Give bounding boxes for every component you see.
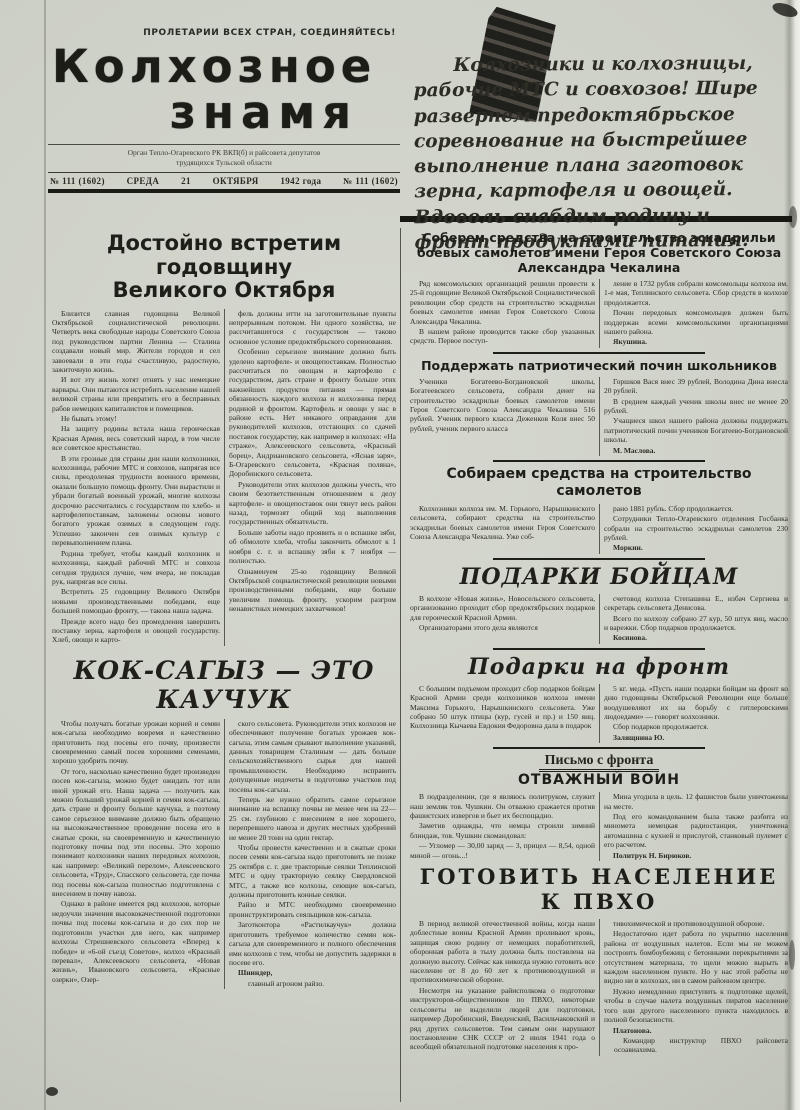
article-separator bbox=[493, 352, 705, 354]
pvho-col-1: В период великой отечественной войны, ко… bbox=[406, 919, 599, 1056]
signature: Политрук Н. Бирюков. bbox=[604, 851, 788, 860]
paragraph: Близится славная годовщина Великой Октяб… bbox=[52, 309, 220, 375]
article-letter-from-front: Письмо с фронта ОТВАЖНЫЙ ВОИН В подразде… bbox=[406, 753, 792, 861]
paragraph: Родина требует, чтобы каждый колхозник и… bbox=[52, 549, 220, 587]
paragraph: Недостаточно идет работа по укрытию насе… bbox=[604, 929, 788, 985]
paragraph: На защиту родины встала наша героическая… bbox=[52, 424, 220, 452]
podarki-front-columns: С большим подъемом проходит сбор подарко… bbox=[406, 684, 792, 743]
article-podarki-front: Подарки на фронт С большим подъемом прох… bbox=[406, 654, 792, 749]
signature: Косинова. bbox=[604, 633, 788, 642]
paragraph: Мина угодила в цель. 12 фашистов были ун… bbox=[604, 792, 788, 811]
proletarian-slogan: ПРОЛЕТАРИИ ВСЕХ СТРАН, СОЕДИНЯЙТЕСЬ! bbox=[48, 28, 400, 38]
paragraph: Почин передовых комсомольцев должен быть… bbox=[604, 308, 788, 336]
signature: М. Маслова. bbox=[604, 446, 788, 455]
paragraph: Колхозники колхоза им. М. Горького, Нары… bbox=[410, 504, 595, 542]
eskadrilya-col-2: ление в 1732 рубля собрали комсомольцы к… bbox=[599, 279, 792, 348]
front-page-appeal: Колхозники и колхозницы, рабочие МТС и с… bbox=[400, 26, 792, 222]
paragraph: тивохимической и противовоздушной оборон… bbox=[604, 919, 788, 928]
paragraph: Теперь же нужно обратить самое серьезное… bbox=[229, 795, 396, 842]
paragraph: Сбор подарков продолжается. bbox=[604, 722, 788, 731]
article-school: Поддержать патриотический почин школьник… bbox=[406, 358, 792, 462]
month: ОКТЯБРЯ bbox=[213, 176, 259, 186]
paragraph: Под его командованием была также разбита… bbox=[604, 812, 788, 850]
newspaper-page: ПРОЛЕТАРИИ ВСЕХ СТРАН, СОЕДИНЯЙТЕСЬ! Кол… bbox=[0, 0, 800, 1110]
podarki-boytsam-columns: В колхозе «Новая жизнь», Новосельского с… bbox=[406, 594, 792, 644]
paragraph: В подразделении, где я являюсь политруко… bbox=[410, 792, 595, 820]
article-eskadrilya: Соберем средства на строительство эскадр… bbox=[406, 230, 792, 354]
paragraph: Не бывать этому! bbox=[52, 414, 220, 423]
paragraph: И вот эту жизнь хотят отнять у нас немец… bbox=[52, 375, 220, 413]
signature: Моркин. bbox=[604, 543, 788, 552]
paragraph: Ученики Богатеево-Богдановской школы, Бо… bbox=[410, 377, 595, 433]
letter-kicker: Письмо с фронта bbox=[406, 753, 792, 769]
paragraph: 5 кг. меда. «Пусть наши подарки бойцам н… bbox=[604, 684, 788, 722]
pvho-columns: В период великой отечественной войны, ко… bbox=[406, 919, 792, 1056]
kok-col-1: Чтобы получать богатые урожаи корней и с… bbox=[48, 719, 224, 989]
boytsam-col-1: В колхозе «Новая жизнь», Новосельского с… bbox=[406, 594, 599, 644]
lead-headline-line1: Достойно встретим годовщину bbox=[48, 232, 400, 279]
lead-col-1: Близится славная годовщина Великой Октяб… bbox=[48, 309, 224, 646]
sobiraem-headline: Собираем средства на строительство самол… bbox=[410, 466, 788, 500]
organ-line-1: Орган Тепло-Огаревского РК ВКП(б) и райс… bbox=[48, 148, 400, 158]
eskadrilya-headline: Соберем средства на строительство эскадр… bbox=[410, 230, 788, 275]
letter-columns: В подразделении, где я являюсь политруко… bbox=[406, 792, 792, 861]
signature: Шниндер, bbox=[229, 968, 396, 977]
paragraph: Чтобы провести качественно и в сжатые ср… bbox=[229, 843, 396, 899]
newspaper-title-line2: знамя bbox=[48, 90, 400, 136]
right-section: Соберем средства на строительство эскадр… bbox=[401, 228, 792, 1102]
organ-line-2: трудящихся Тульской области bbox=[48, 158, 400, 168]
page-content: Достойно встретим годовщину Великого Окт… bbox=[48, 228, 792, 1102]
sobiraem-col-1: Колхозники колхоза им. М. Горького, Нары… bbox=[406, 504, 599, 554]
paragraph: Учащиеся школ нашего района должны подде… bbox=[604, 416, 788, 444]
podarki-front-headline: Подарки на фронт bbox=[406, 654, 792, 680]
school-col-2: Горшков Вася внес 39 рублей, Володина Ди… bbox=[599, 377, 792, 456]
paragraph: Заготконтора «Растилкаучук» должна приго… bbox=[229, 920, 396, 967]
pvho-headline: ГОТОВИТЬ НАСЕЛЕНИЕ К ПВХО bbox=[406, 864, 792, 914]
podarki-boytsam-headline: ПОДАРКИ БОЙЦАМ bbox=[406, 564, 792, 590]
article-separator bbox=[493, 460, 705, 462]
letter-col-2: Мина угодила в цель. 12 фашистов были ун… bbox=[599, 792, 792, 861]
letter-col-1: В подразделении, где я являюсь политруко… bbox=[406, 792, 599, 861]
dateline: № 111 (1602) СРЕДА 21 ОКТЯБРЯ 1942 года … bbox=[48, 172, 400, 193]
paragraph: Нужно немедленно приступить к подготовке… bbox=[604, 987, 788, 1025]
appeal-text: Колхозники и колхозницы, рабочие МТС и с… bbox=[413, 51, 782, 256]
paragraph: Ряд комсомольских организаций решили про… bbox=[410, 279, 595, 326]
paragraph: Встретить 25 годовщину Великого Октября … bbox=[52, 587, 220, 615]
article-separator bbox=[493, 558, 705, 560]
paragraph: В среднем каждый ученик школы внес не ме… bbox=[604, 397, 788, 416]
pvho-col-2: тивохимической и противовоздушной оборон… bbox=[599, 919, 792, 1056]
paragraph: В эти грозные для страны дни наши колхоз… bbox=[52, 454, 220, 548]
paragraph: Особенно серьезное внимание должно быть … bbox=[229, 347, 396, 479]
paragraph: Горшков Вася внес 39 рублей, Володина Ди… bbox=[604, 377, 788, 396]
signature-role: главный агроном райзо. bbox=[229, 979, 396, 988]
paragraph: фель должны итти на заготовительные пунк… bbox=[229, 309, 396, 347]
masthead-block: ПРОЛЕТАРИИ ВСЕХ СТРАН, СОЕДИНЯЙТЕСЬ! Кол… bbox=[48, 28, 400, 193]
sobiraem-col-2: рано 1881 рубль. Сбор продолжается. Сотр… bbox=[599, 504, 792, 554]
article-kok-sagyz: КОК-САГЫЗ — ЭТО КАУЧУК Чтобы получать бо… bbox=[48, 656, 400, 989]
signature: Платонова. bbox=[604, 1026, 788, 1035]
article-separator bbox=[493, 747, 705, 749]
paragraph: Прежде всего надо без промедления заверш… bbox=[52, 617, 220, 645]
year: 1942 года bbox=[280, 176, 321, 186]
paragraph: В нашем районе проводится также сбор ука… bbox=[410, 327, 595, 346]
school-headline: Поддержать патриотический почин школьник… bbox=[410, 358, 788, 373]
signature: Якушина. bbox=[604, 337, 788, 346]
front-col-1: С большим подъемом проходит сбор подарко… bbox=[406, 684, 599, 743]
paragraph: ского сельсовета. Руководители этих колх… bbox=[229, 719, 396, 794]
paragraph: С большим подъемом проходит сбор подарко… bbox=[410, 684, 595, 731]
lead-col-2: фель должны итти на заготовительные пунк… bbox=[224, 309, 400, 646]
article-podarki-boytsam: ПОДАРКИ БОЙЦАМ В колхозе «Новая жизнь», … bbox=[406, 564, 792, 650]
paragraph: Больше заботы надо проявить и о вспашке … bbox=[229, 528, 396, 566]
paragraph: счетовод колхоза Степашина Е., избач Сер… bbox=[604, 594, 788, 613]
paragraph: Организаторами этого дела являются bbox=[410, 623, 595, 632]
left-section: Достойно встретим годовщину Великого Окт… bbox=[48, 228, 400, 1102]
paragraph: Руководители этих колхозов должны учесть… bbox=[229, 480, 396, 527]
sobiraem-columns: Колхозники колхоза им. М. Горького, Нары… bbox=[406, 504, 792, 554]
lead-headline-line2: Великого Октября bbox=[48, 279, 400, 303]
article-lead: Достойно встретим годовщину Великого Окт… bbox=[48, 232, 400, 646]
lead-headline: Достойно встретим годовщину Великого Окт… bbox=[48, 232, 400, 303]
article-sobiraem: Собираем средства на строительство самол… bbox=[406, 466, 792, 560]
issue-number-left: № 111 (1602) bbox=[50, 176, 105, 186]
newspaper-title: Колхозное знамя bbox=[48, 44, 400, 136]
lead-columns: Близится славная годовщина Великой Октяб… bbox=[48, 309, 400, 646]
signature: Залящнина Ю. bbox=[604, 733, 788, 742]
eskadrilya-columns: Ряд комсомольских организаций решили про… bbox=[406, 279, 792, 348]
organ-line: Орган Тепло-Огаревского РК ВКП(б) и райс… bbox=[48, 144, 400, 168]
paragraph: Заметив однажды, что немцы строили зимни… bbox=[410, 821, 595, 840]
paragraph: Всего по колхозу собрано 27 кур, 50 штук… bbox=[604, 614, 788, 633]
paragraph: Райзо и МТС необходимо своевременно прои… bbox=[229, 900, 396, 919]
paragraph: Сотрудники Тепло-Огаревского отделения Г… bbox=[604, 514, 788, 542]
letter-headline: ОТВАЖНЫЙ ВОИН bbox=[406, 772, 792, 788]
paragraph: Однако в районе имеется ряд колхозов, ко… bbox=[52, 899, 220, 984]
paragraph: ление в 1732 рубля собрали комсомольцы к… bbox=[604, 279, 788, 307]
paragraph: — Угломер — 30,00 заряд — 3, прицел — 8,… bbox=[410, 841, 595, 860]
issue-number-right: № 111 (1602) bbox=[343, 176, 398, 186]
eskadrilya-col-1: Ряд комсомольских организаций решили про… bbox=[406, 279, 599, 348]
paragraph: От того, насколько качественно будет про… bbox=[52, 767, 220, 899]
paragraph: Чтобы получать богатые урожаи корней и с… bbox=[52, 719, 220, 766]
weekday: СРЕДА bbox=[127, 176, 160, 186]
day: 21 bbox=[181, 176, 191, 186]
boytsam-col-2: счетовод колхоза Степашина Е., избач Сер… bbox=[599, 594, 792, 644]
kok-sagyz-headline: КОК-САГЫЗ — ЭТО КАУЧУК bbox=[48, 656, 400, 714]
article-separator bbox=[493, 648, 705, 650]
paragraph: рано 1881 рубль. Сбор продолжается. bbox=[604, 504, 788, 513]
paragraph: В период великой отечественной войны, ко… bbox=[410, 919, 595, 985]
signature-role: Командир инструктор ПВХО райсовета осоав… bbox=[604, 1036, 788, 1055]
left-fold-line bbox=[44, 0, 46, 1110]
paragraph: Ознаменуем 25-ю годовщину Великой Октябр… bbox=[229, 567, 396, 614]
kok-sagyz-columns: Чтобы получать богатые урожаи корней и с… bbox=[48, 719, 400, 989]
kok-col-2: ского сельсовета. Руководители этих колх… bbox=[224, 719, 400, 989]
article-pvho: ГОТОВИТЬ НАСЕЛЕНИЕ К ПВХО В период велик… bbox=[406, 864, 792, 1056]
front-col-2: 5 кг. меда. «Пусть наши подарки бойцам н… bbox=[599, 684, 792, 743]
newspaper-title-line1: Колхозное bbox=[48, 44, 400, 90]
letter-kicker-text: Письмо с фронта bbox=[539, 753, 660, 772]
paragraph: Несмотря на указание райисполкома о подг… bbox=[410, 986, 595, 1052]
school-columns: Ученики Богатеево-Богдановской школы, Бо… bbox=[406, 377, 792, 456]
school-col-1: Ученики Богатеево-Богдановской школы, Бо… bbox=[406, 377, 599, 456]
paragraph: В колхозе «Новая жизнь», Новосельского с… bbox=[410, 594, 595, 622]
